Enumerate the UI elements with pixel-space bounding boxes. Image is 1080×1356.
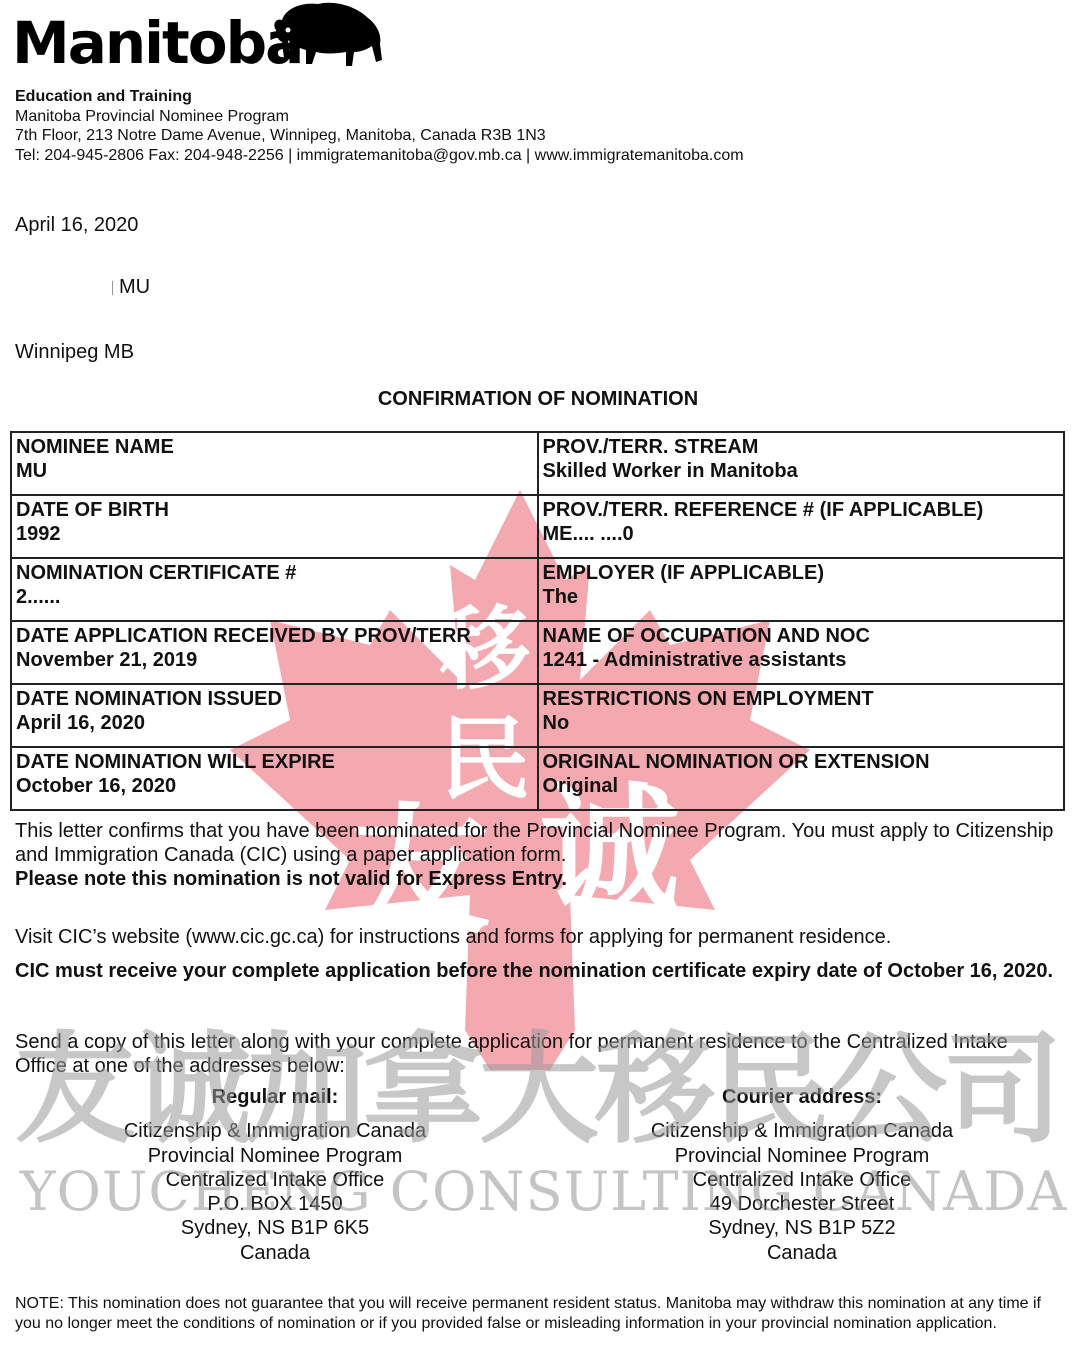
field-label: DATE NOMINATION WILL EXPIRE xyxy=(16,750,533,774)
department-name: Education and Training xyxy=(15,87,744,107)
confirmation-text: This letter confirms that you have been … xyxy=(15,819,1055,867)
field-cell: DATE NOMINATION WILL EXPIREOctober 16, 2… xyxy=(11,747,538,810)
address-line: Sydney, NS B1P 6K5 xyxy=(75,1216,475,1240)
field-value: Original xyxy=(543,774,1060,798)
cic-website-paragraph: Visit CIC’s website (www.cic.gc.ca) for … xyxy=(15,925,1065,949)
regular-mail-address: Regular mail: Citizenship & Immigration … xyxy=(75,1085,475,1265)
regular-mail-heading: Regular mail: xyxy=(75,1085,475,1109)
field-value: No xyxy=(543,711,1060,735)
letterhead-block: Education and Training Manitoba Provinci… xyxy=(15,87,744,165)
field-value: November 21, 2019 xyxy=(16,648,533,672)
table-row: DATE APPLICATION RECEIVED BY PROV/TERRNo… xyxy=(11,621,1064,684)
field-label: ORIGINAL NOMINATION OR EXTENSION xyxy=(543,750,1060,774)
address-line: Canada xyxy=(602,1241,1002,1265)
field-label: DATE APPLICATION RECEIVED BY PROV/TERR xyxy=(16,624,533,648)
bison-icon xyxy=(268,0,386,72)
address-line: Citizenship & Immigration Canada xyxy=(602,1119,1002,1143)
field-cell: ORIGINAL NOMINATION OR EXTENSIONOriginal xyxy=(538,747,1065,810)
courier-address: Courier address: Citizenship & Immigrati… xyxy=(602,1085,1002,1265)
field-value: October 16, 2020 xyxy=(16,774,533,798)
field-value: Skilled Worker in Manitoba xyxy=(543,459,1060,483)
field-label: PROV./TERR. STREAM xyxy=(543,435,1060,459)
address-line: Provincial Nominee Program xyxy=(75,1144,475,1168)
address-line: Citizenship & Immigration Canada xyxy=(75,1119,475,1143)
recipient-city: Winnipeg MB xyxy=(15,341,134,364)
field-label: DATE OF BIRTH xyxy=(16,498,533,522)
office-address: 7th Floor, 213 Notre Dame Avenue, Winnip… xyxy=(15,126,744,146)
table-row: DATE OF BIRTH1992PROV./TERR. REFERENCE #… xyxy=(11,495,1064,558)
field-cell: DATE APPLICATION RECEIVED BY PROV/TERRNo… xyxy=(11,621,538,684)
field-label: NOMINATION CERTIFICATE # xyxy=(16,561,533,585)
address-line: P.O. BOX 1450 xyxy=(75,1192,475,1216)
field-value: April 16, 2020 xyxy=(16,711,533,735)
courier-heading: Courier address: xyxy=(602,1085,1002,1109)
address-line: Sydney, NS B1P 5Z2 xyxy=(602,1216,1002,1240)
field-value: ME.... ....0 xyxy=(543,522,1060,546)
table-row: DATE NOMINATION WILL EXPIREOctober 16, 2… xyxy=(11,747,1064,810)
field-value: 1241 - Administrative assistants xyxy=(543,648,1060,672)
field-label: NAME OF OCCUPATION AND NOC xyxy=(543,624,1060,648)
address-line: Centralized Intake Office xyxy=(75,1168,475,1192)
field-cell: NOMINATION CERTIFICATE #2...... xyxy=(11,558,538,621)
field-cell: NOMINEE NAMEMU xyxy=(11,432,538,495)
field-value: MU xyxy=(16,459,533,483)
table-row: DATE NOMINATION ISSUEDApril 16, 2020REST… xyxy=(11,684,1064,747)
disclaimer-note: NOTE: This nomination does not guarantee… xyxy=(15,1294,1065,1333)
recipient-name: MU xyxy=(112,276,150,299)
field-value: 1992 xyxy=(16,522,533,546)
address-line: Centralized Intake Office xyxy=(602,1168,1002,1192)
send-copy-paragraph: Send a copy of this letter along with yo… xyxy=(15,1030,1025,1078)
address-line: 49 Dorchester Street xyxy=(602,1192,1002,1216)
field-label: NOMINEE NAME xyxy=(16,435,533,459)
confirmation-paragraph: This letter confirms that you have been … xyxy=(15,819,1055,891)
program-name: Manitoba Provincial Nominee Program xyxy=(15,107,744,127)
document-title: CONFIRMATION OF NOMINATION xyxy=(0,388,1076,411)
manitoba-logo: Manitoba xyxy=(12,8,302,78)
letter-date: April 16, 2020 xyxy=(15,214,138,237)
field-cell: NAME OF OCCUPATION AND NOC1241 - Adminis… xyxy=(538,621,1065,684)
field-value: The xyxy=(543,585,1060,609)
field-label: DATE NOMINATION ISSUED xyxy=(16,687,533,711)
field-label: EMPLOYER (IF APPLICABLE) xyxy=(543,561,1060,585)
field-value: 2...... xyxy=(16,585,533,609)
address-line: Canada xyxy=(75,1241,475,1265)
field-cell: DATE OF BIRTH1992 xyxy=(11,495,538,558)
field-label: RESTRICTIONS ON EMPLOYMENT xyxy=(543,687,1060,711)
deadline-paragraph: CIC must receive your complete applicati… xyxy=(15,959,1065,983)
recipient-name-text: MU xyxy=(119,276,150,298)
field-cell: DATE NOMINATION ISSUEDApril 16, 2020 xyxy=(11,684,538,747)
address-line: Provincial Nominee Program xyxy=(602,1144,1002,1168)
field-cell: EMPLOYER (IF APPLICABLE)The xyxy=(538,558,1065,621)
express-entry-warning: Please note this nomination is not valid… xyxy=(15,867,1055,891)
field-cell: RESTRICTIONS ON EMPLOYMENTNo xyxy=(538,684,1065,747)
field-label: PROV./TERR. REFERENCE # (IF APPLICABLE) xyxy=(543,498,1060,522)
nomination-details-table: NOMINEE NAMEMUPROV./TERR. STREAMSkilled … xyxy=(10,431,1065,811)
field-cell: PROV./TERR. REFERENCE # (IF APPLICABLE)M… xyxy=(538,495,1065,558)
table-row: NOMINEE NAMEMUPROV./TERR. STREAMSkilled … xyxy=(11,432,1064,495)
contact-info: Tel: 204-945-2806 Fax: 204-948-2256 | im… xyxy=(15,146,744,166)
field-cell: PROV./TERR. STREAMSkilled Worker in Mani… xyxy=(538,432,1065,495)
table-row: NOMINATION CERTIFICATE #2......EMPLOYER … xyxy=(11,558,1064,621)
